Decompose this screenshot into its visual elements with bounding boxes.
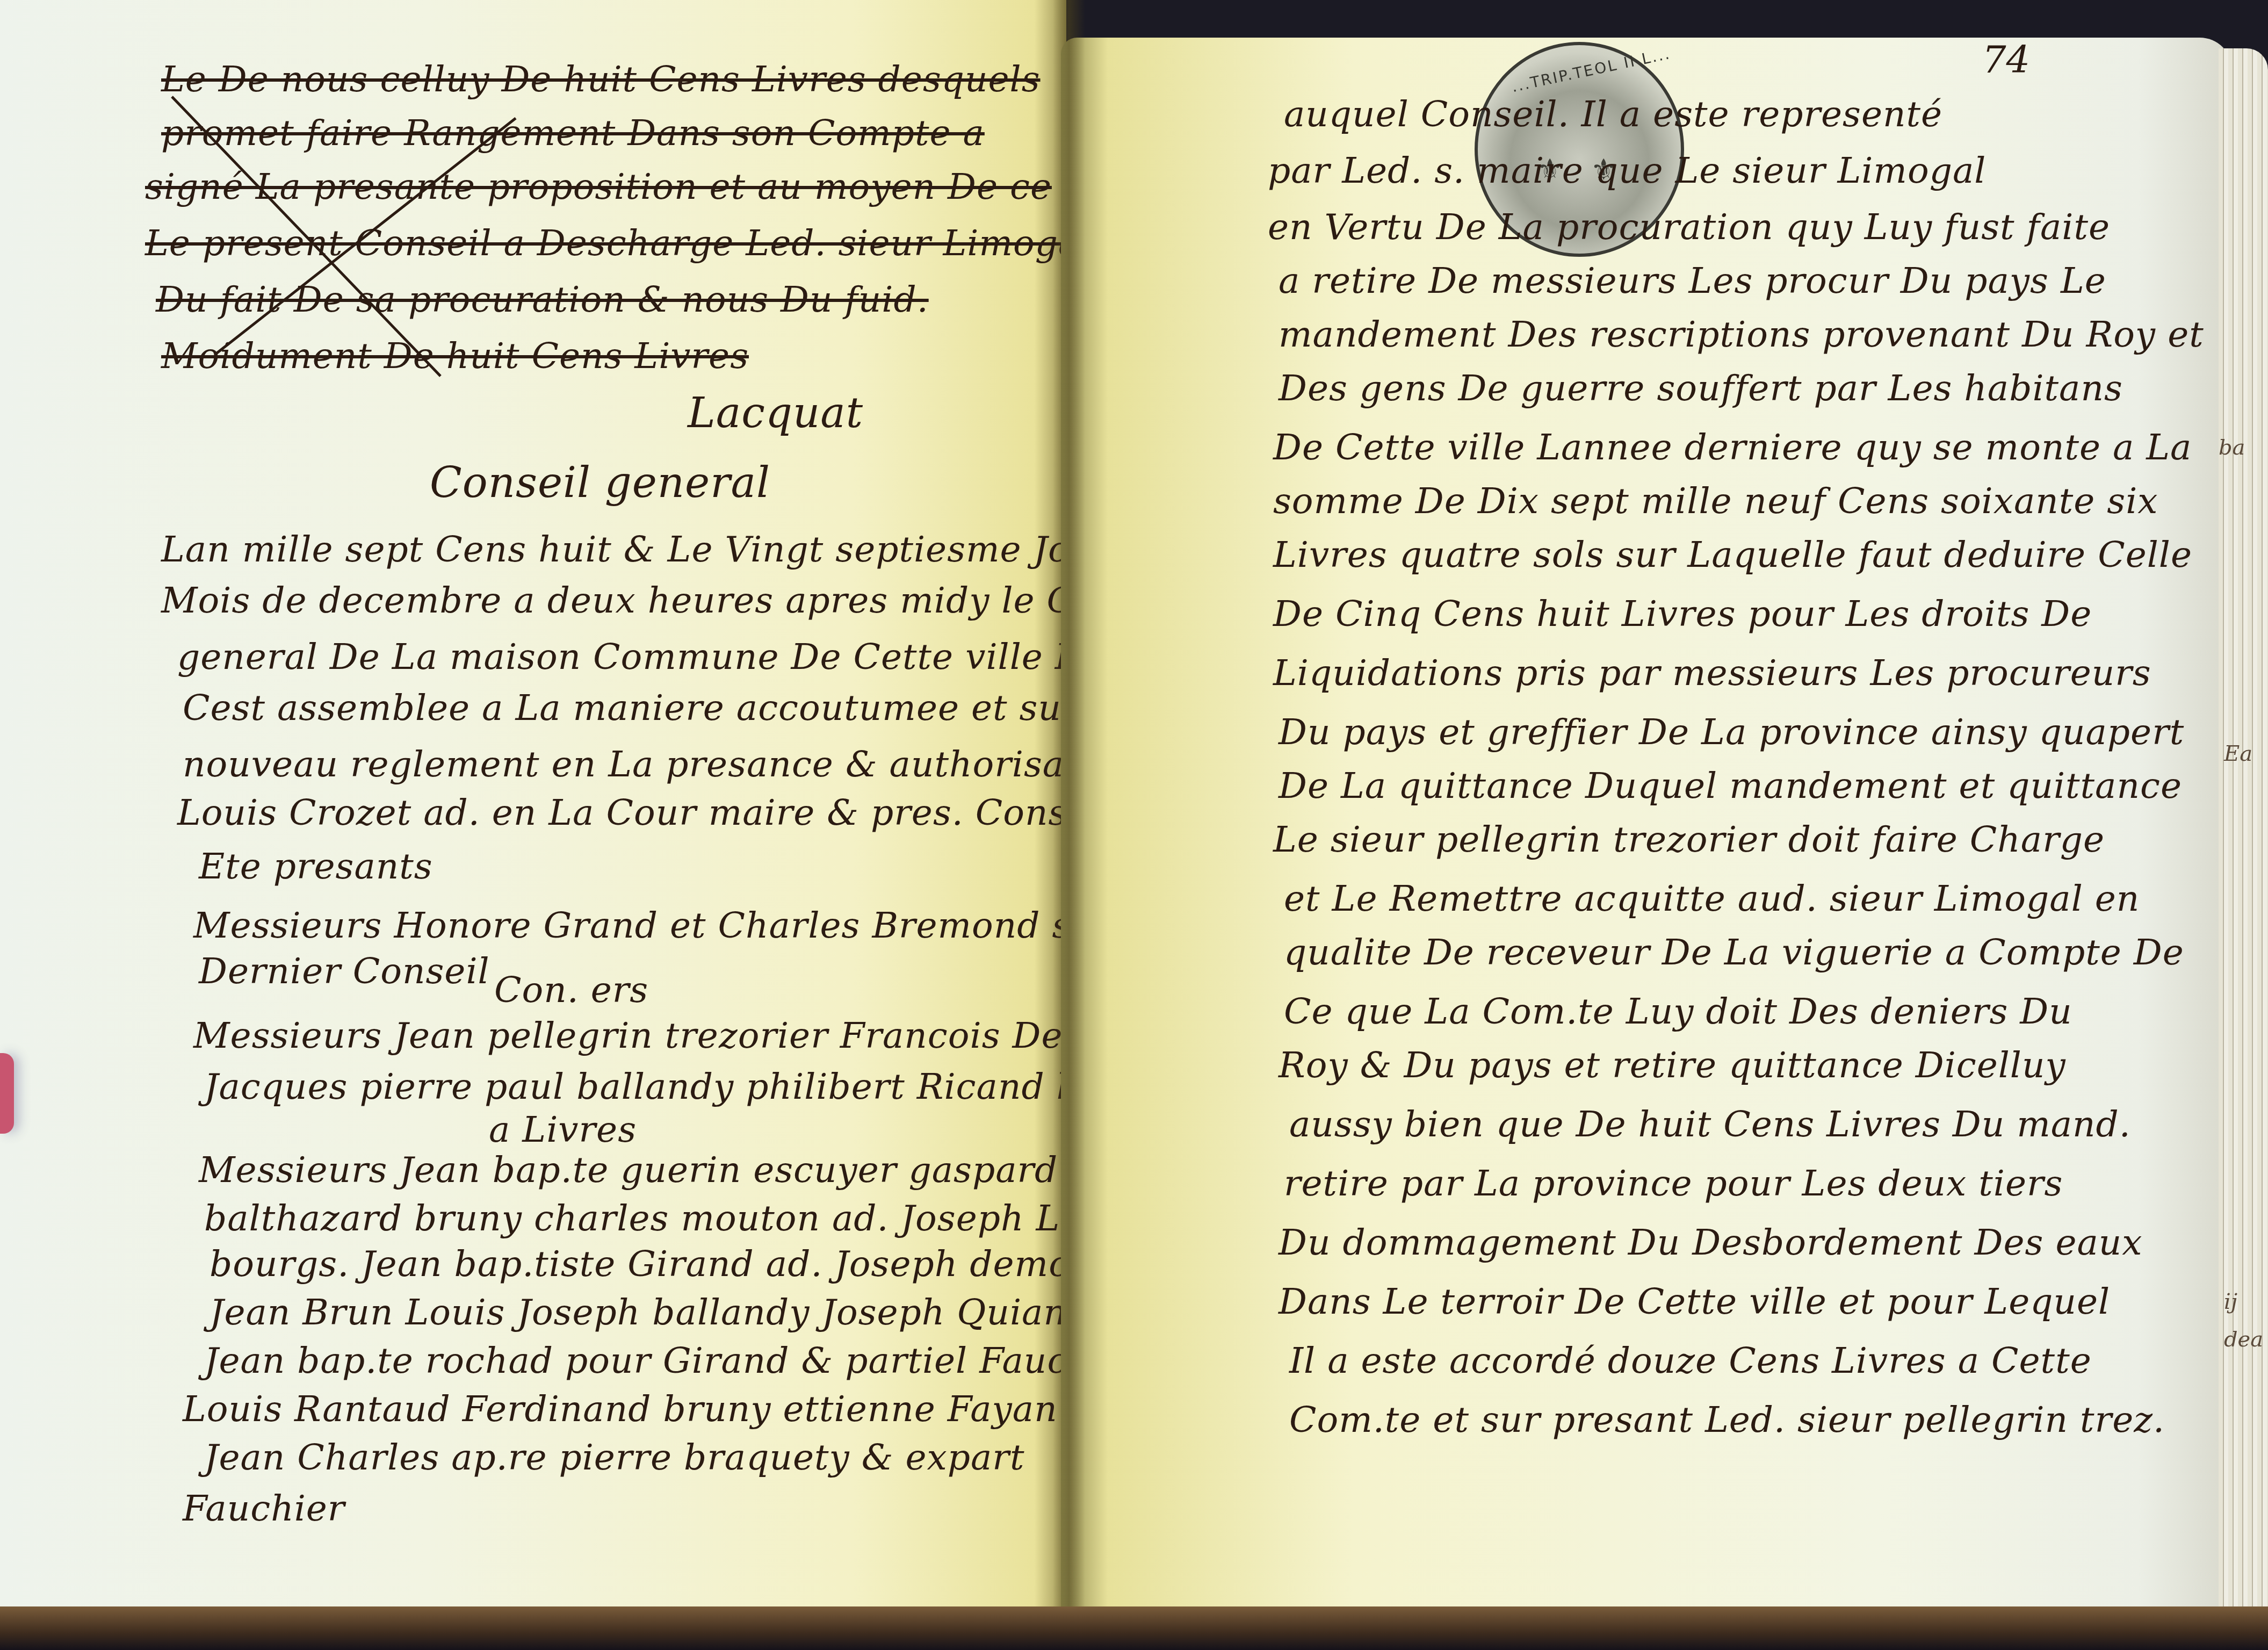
body-line: et Le Remettre acquitte aud. sieur Limog… bbox=[1284, 881, 2140, 917]
body-line: auquel Conseil. Il a este representé bbox=[1284, 97, 1942, 132]
body-line: somme De Dix sept mille neuf Cens soixan… bbox=[1273, 484, 2158, 519]
body-line: balthazard bruny charles mouton ad. Jose… bbox=[204, 1201, 1184, 1236]
body-line: Des gens De guerre souffert par Les habi… bbox=[1279, 371, 2123, 406]
body-line: Jacques pierre paul ballandy philibert R… bbox=[204, 1069, 1196, 1105]
body-line: Jean Brun Louis Joseph ballandy Joseph Q… bbox=[210, 1295, 1110, 1330]
body-line: Jean bap.te rochad pour Girand & partiel… bbox=[204, 1343, 1142, 1379]
body-line: Com.te et sur presant Led. sieur pellegr… bbox=[1289, 1402, 2165, 1438]
stamp-legend: ...TRIP.TEOL II L... bbox=[1510, 45, 1672, 96]
body-line: Fauchier bbox=[183, 1491, 345, 1526]
body-line: Liquidations pris par messieurs Les proc… bbox=[1273, 655, 2151, 691]
margin-fragment: dea bbox=[2224, 1327, 2263, 1352]
body-line: Jean Charles ap.re pierre braquety & exp… bbox=[204, 1440, 1024, 1475]
crossed-line: Le De nous celluy De huit Cens Livres de… bbox=[161, 62, 1041, 97]
body-line: mandement Des rescriptions provenant Du … bbox=[1279, 317, 2204, 352]
body-line: aussy bien que De huit Cens Livres Du ma… bbox=[1289, 1107, 2131, 1142]
crossed-line: Le present Conseil a Descharge Led. sieu… bbox=[145, 226, 1092, 261]
body-line: qualite De receveur De La viguerie a Com… bbox=[1284, 935, 2184, 970]
book-gutter bbox=[1053, 0, 1085, 1650]
sub-heading: Con. ers bbox=[494, 972, 648, 1008]
body-line: Ce que La Com.te Luy doit Des deniers Du bbox=[1284, 994, 2072, 1029]
body-line: De La quittance Duquel mandement et quit… bbox=[1279, 768, 2182, 804]
body-line: Le sieur pellegrin trezorier doit faire … bbox=[1273, 822, 2105, 858]
body-line: Dans Le terroir De Cette ville et pour L… bbox=[1279, 1284, 2110, 1320]
margin-fragment: ij bbox=[2224, 1289, 2237, 1314]
body-line: Roy & Du pays et retire quittance Dicell… bbox=[1279, 1048, 2066, 1083]
crossed-line: Du fait De sa procuration & nous Du fuid… bbox=[156, 282, 929, 318]
body-line: De Cette ville Lannee derniere quy se mo… bbox=[1273, 430, 2192, 465]
body-line: en Vertu De La procuration quy Luy fust … bbox=[1268, 210, 2110, 245]
folio-number: 74 bbox=[1982, 38, 2030, 82]
red-bookmark bbox=[0, 1053, 14, 1134]
margin-fragment: Ea bbox=[2224, 741, 2252, 766]
body-line: Livres quatre sols sur Laquelle faut ded… bbox=[1273, 537, 2192, 573]
open-register: Le De nous celluy De huit Cens Livres de… bbox=[0, 0, 2268, 1650]
signature: Lacquat bbox=[688, 392, 863, 434]
margin-fragment: ba bbox=[2219, 435, 2245, 460]
sub-heading: a Livres bbox=[489, 1112, 637, 1148]
body-line: Louis Rantaud Ferdinand bruny ettienne F… bbox=[183, 1392, 1058, 1427]
crossed-line: promet faire Rangement Dans son Compte a bbox=[161, 116, 985, 151]
body-line: Dernier Conseil bbox=[199, 954, 490, 989]
body-line: Lan mille sept Cens huit & Le Vingt sept… bbox=[161, 532, 1169, 567]
left-page: Le De nous celluy De huit Cens Livres de… bbox=[0, 0, 1066, 1612]
body-line: bourgs. Jean bap.tiste Girand ad. Joseph… bbox=[210, 1246, 1130, 1282]
crossed-line: signé La presante proposition et au moye… bbox=[145, 169, 1052, 205]
body-line: Mois de decembre a deux heures apres mid… bbox=[161, 583, 1183, 618]
body-line: par Led. s. maire que Le sieur Limogal bbox=[1268, 153, 1986, 189]
book-bottom-edge bbox=[0, 1606, 2268, 1650]
body-line: Il a este accordé douze Cens Livres a Ce… bbox=[1289, 1343, 2092, 1379]
body-line: retire par La province pour Les deux tie… bbox=[1284, 1166, 2063, 1201]
body-line: Ete presants bbox=[199, 849, 433, 884]
crossed-line: Moidument De huit Cens Livres bbox=[161, 338, 749, 374]
body-line: a retire De messieurs Les procur Du pays… bbox=[1279, 263, 2106, 299]
body-line: De Cinq Cens huit Livres pour Les droits… bbox=[1273, 596, 2092, 632]
body-line: Du dommagement Du Desbordement Des eaux bbox=[1279, 1225, 2143, 1260]
body-line: Du pays et greffier De La province ainsy… bbox=[1279, 715, 2184, 750]
section-heading: Conseil general bbox=[430, 462, 770, 504]
page-edges bbox=[2219, 48, 2268, 1628]
